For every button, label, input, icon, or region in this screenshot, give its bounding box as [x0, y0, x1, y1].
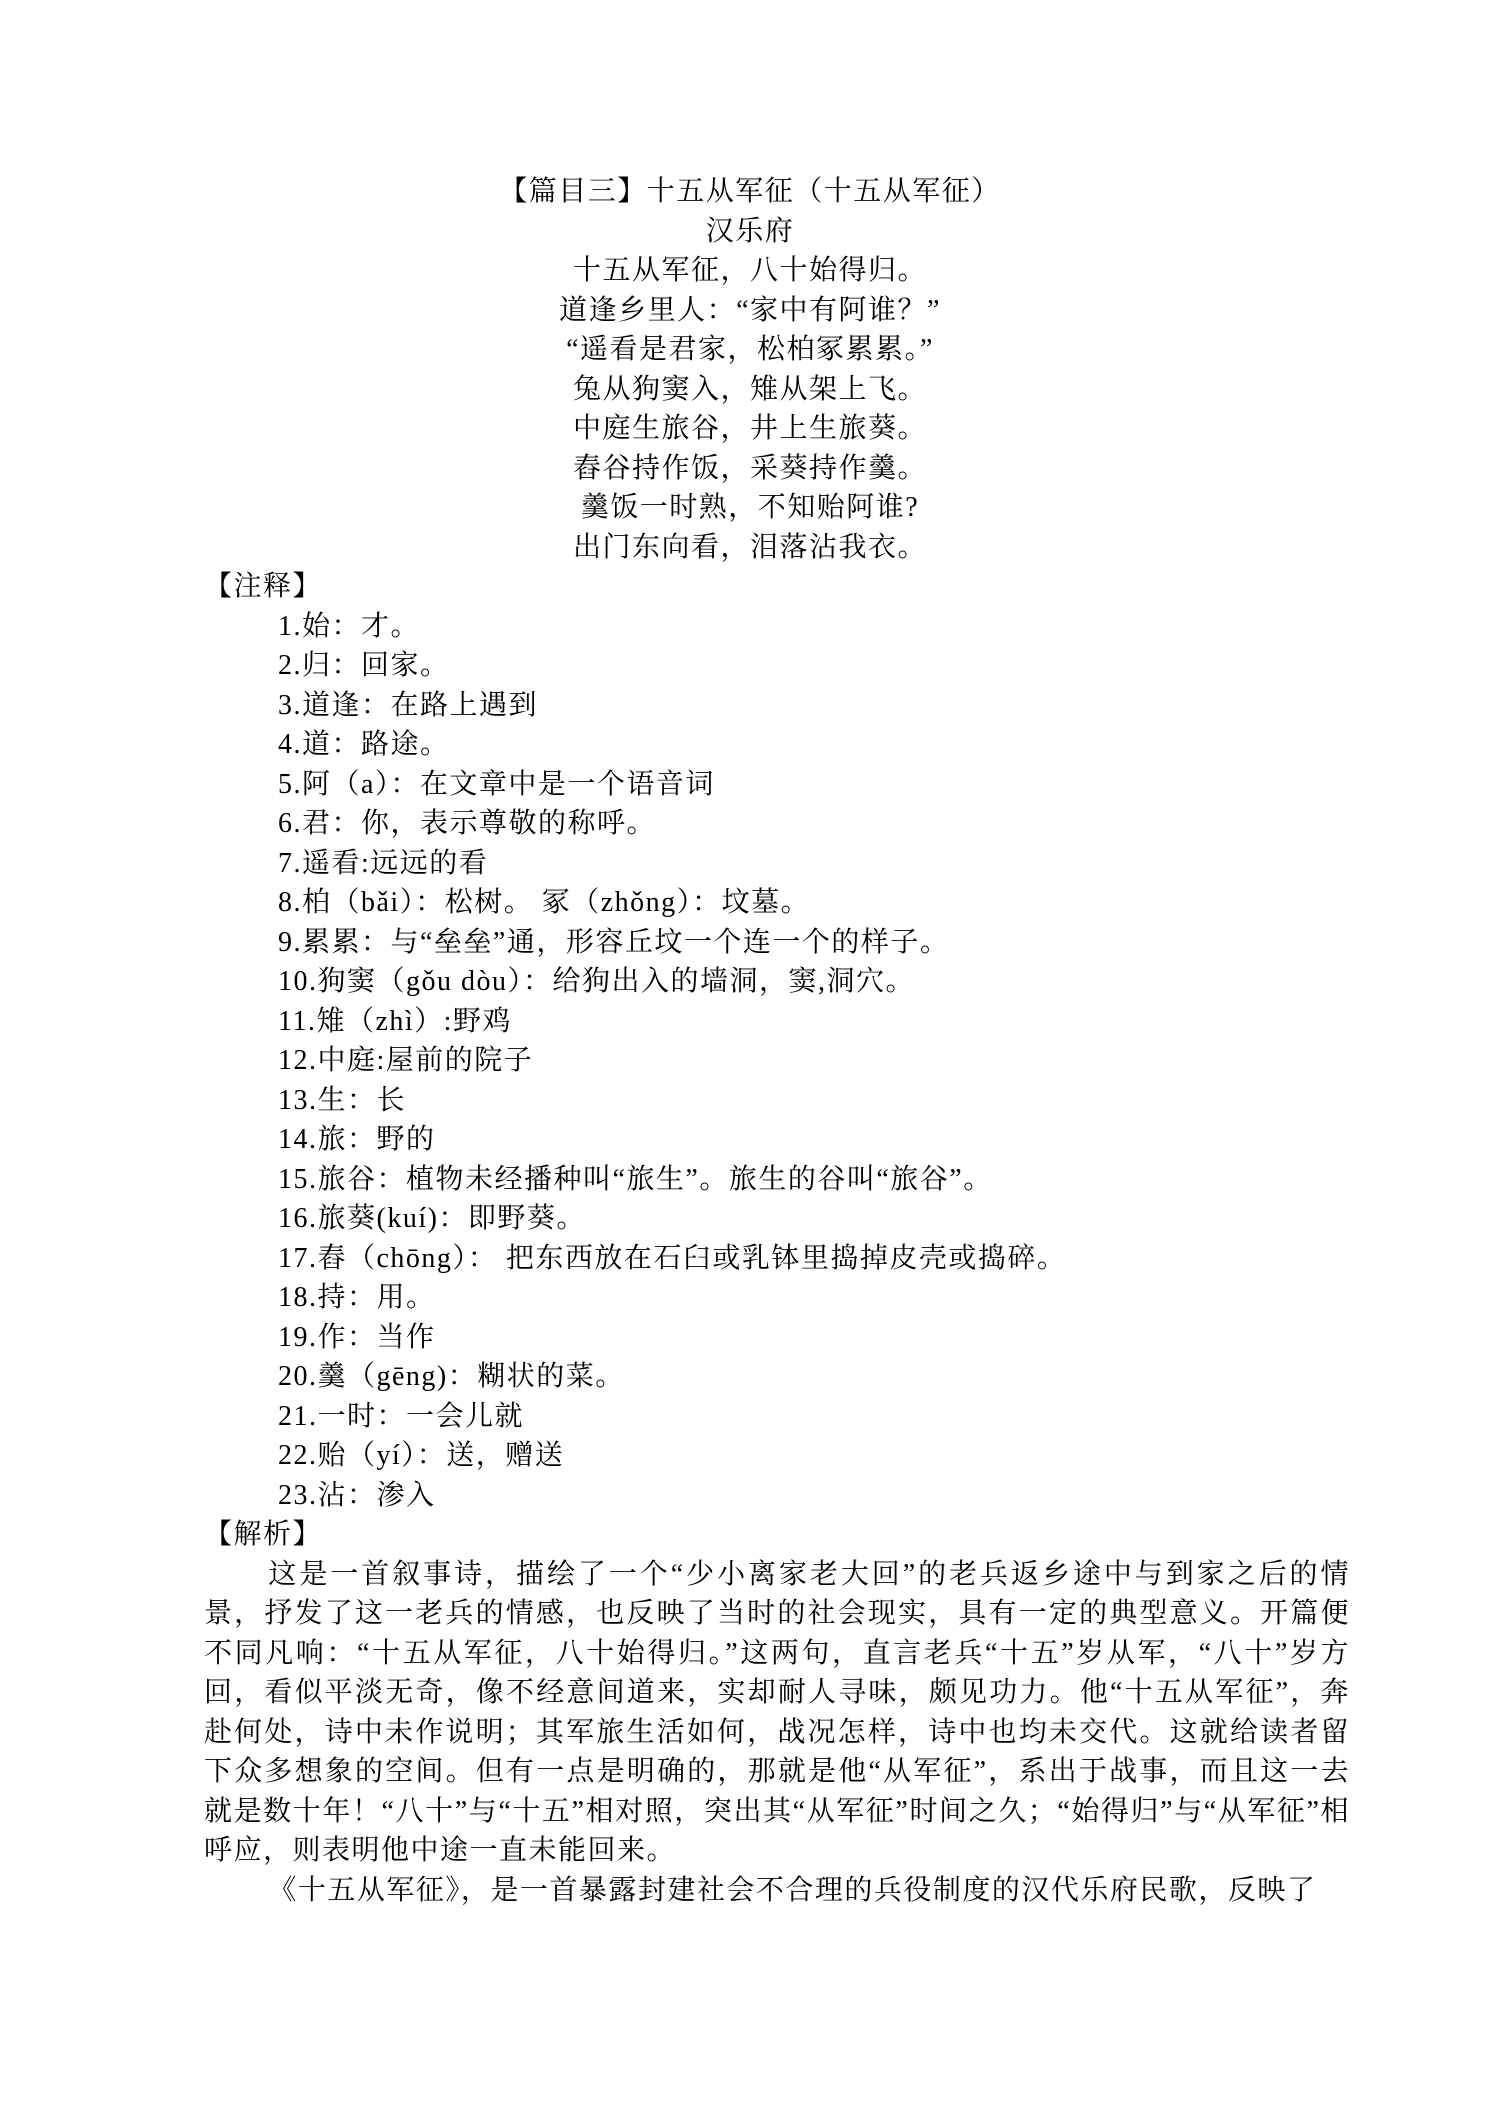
note-item: 12.中庭:屋前的院子: [278, 1041, 1350, 1081]
note-item: 5.阿（a）：在文章中是一个语音词: [278, 765, 1350, 805]
note-item: 21.一时：一会儿就: [278, 1397, 1350, 1437]
note-item: 20.羹（gēng)：糊状的菜。: [278, 1357, 1350, 1397]
notes-heading: 【注释】: [204, 567, 1350, 607]
note-item: 2.归：回家。: [278, 646, 1350, 686]
poem-line: 十五从军征，八十始得归。: [177, 251, 1323, 291]
poem-line: 羹饭一时熟，不知贻阿谁?: [177, 488, 1323, 528]
note-item: 7.遥看:远远的看: [278, 844, 1350, 884]
analysis-heading: 【解析】: [204, 1515, 1350, 1555]
note-item: 11.雉（zhì）:野鸡: [278, 1002, 1350, 1042]
document-page: 【篇目三】十五从军征（十五从军征） 汉乐府 十五从军征，八十始得归。道逢乡里人：…: [0, 0, 1499, 2120]
poem-line: 道逢乡里人：“家中有阿谁？”: [177, 291, 1323, 331]
poem-line: 中庭生旅谷，井上生旅葵。: [177, 409, 1323, 449]
note-item: 10.狗窦（gǒu dòu）：给狗出入的墙洞，窦,洞穴。: [278, 962, 1350, 1002]
poem-line: 兔从狗窦入，雉从架上飞。: [177, 370, 1323, 410]
note-item: 18.持：用。: [278, 1278, 1350, 1318]
poem-author: 汉乐府: [177, 212, 1323, 252]
analysis-body: 这是一首叙事诗，描绘了一个“少小离家老大回”的老兵返乡途中与到家之后的情景，抒发…: [204, 1555, 1350, 1911]
note-item: 15.旅谷：植物未经播种叫“旅生”。旅生的谷叫“旅谷”。: [278, 1160, 1350, 1200]
note-item: 1.始：才。: [278, 607, 1350, 647]
note-item: 3.道逢：在路上遇到: [278, 686, 1350, 726]
note-item: 19.作：当作: [278, 1318, 1350, 1358]
note-item: 9.累累：与“垒垒”通，形容丘坟一个连一个的样子。: [278, 923, 1350, 963]
note-item: 22.贻（yí）：送，赠送: [278, 1436, 1350, 1476]
poem-body: 十五从军征，八十始得归。道逢乡里人：“家中有阿谁？”“遥看是君家，松柏冢累累。”…: [177, 251, 1323, 567]
page-title: 【篇目三】十五从军征（十五从军征）: [177, 172, 1323, 212]
note-item: 14.旅：野的: [278, 1120, 1350, 1160]
analysis-paragraph: 《十五从军征》，是一首暴露封建社会不合理的兵役制度的汉代乐府民歌，反映了: [204, 1871, 1350, 1911]
poem-line: 出门东向看，泪落沾我衣。: [177, 528, 1323, 568]
poem-line: 舂谷持作饭，采葵持作羹。: [177, 449, 1323, 489]
note-item: 6.君：你，表示尊敬的称呼。: [278, 804, 1350, 844]
note-item: 16.旅葵(kuí)：即野葵。: [278, 1199, 1350, 1239]
note-item: 13.生：长: [278, 1081, 1350, 1121]
note-item: 23.沾：渗入: [278, 1476, 1350, 1516]
note-item: 4.道：路途。: [278, 725, 1350, 765]
notes-list: 1.始：才。2.归：回家。3.道逢：在路上遇到4.道：路途。5.阿（a）：在文章…: [204, 607, 1350, 1516]
note-item: 17.舂（chōng）： 把东西放在石臼或乳钵里捣掉皮壳或捣碎。: [278, 1239, 1350, 1279]
poem-line: “遥看是君家，松柏冢累累。”: [177, 330, 1323, 370]
analysis-paragraph: 这是一首叙事诗，描绘了一个“少小离家老大回”的老兵返乡途中与到家之后的情景，抒发…: [204, 1555, 1350, 1871]
document-content: 【篇目三】十五从军征（十五从军征） 汉乐府 十五从军征，八十始得归。道逢乡里人：…: [204, 172, 1350, 1910]
note-item: 8.柏（bǎi）：松树。 冢（zhǒng）：坟墓。: [278, 883, 1350, 923]
